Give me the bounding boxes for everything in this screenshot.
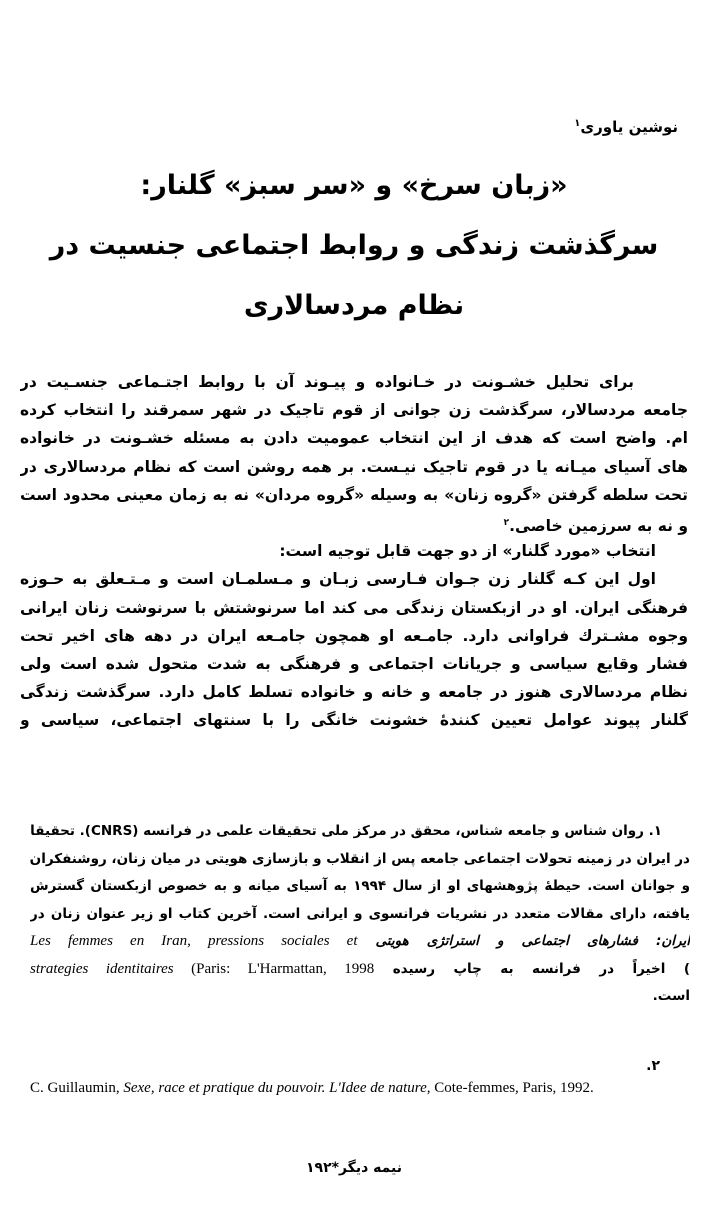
body-line: ام. واضح است که هدف از این انتخاب عمومیت…: [20, 424, 688, 452]
footnote-1-line: و جوانان است. حیطهٔ پژوهشهای او از سال ۱…: [30, 873, 690, 901]
body-line: فشار وقایع سیاسی و جریانات اجتماعی و فره…: [20, 650, 688, 678]
footnote-1-line: ۱. روان شناس و جامعه شناس، محقق در مرکز …: [30, 818, 690, 846]
author-name: نوشین یاوری۱: [574, 118, 678, 136]
footnote-1-line: ) اخیراً در فرانسه به چاپ رسیده strategi…: [30, 956, 690, 984]
footnote-2-title: Sexe, race et pratique du pouvoir. L'Ide…: [123, 1080, 430, 1096]
author-name-text: نوشین یاوری: [580, 118, 678, 136]
article-title: «زبان سرخ» و «سر سبز» گلنار: سرگذشت زندگ…: [40, 162, 668, 342]
document-page: نوشین یاوری۱ «زبان سرخ» و «سر سبز» گلنار…: [0, 0, 708, 1208]
footnote-1-line: است.: [30, 983, 690, 1011]
body-text: برای تحلیل خشـونت در خـانواده و پیـوند آ…: [20, 368, 688, 734]
body-line: انتخاب «مورد گلنار» از دو جهت قابل توجیه…: [20, 537, 688, 565]
page-footer: نیمه دیگر*۱۹۲: [0, 1160, 708, 1176]
body-line: برای تحلیل خشـونت در خـانواده و پیـوند آ…: [20, 368, 688, 396]
body-line-text: و نه به سرزمین خاصی.: [509, 517, 688, 535]
footnote-1-persian-note: ) اخیراً در فرانسه به چاپ رسیده: [393, 961, 690, 977]
footnote-2-number: ۲.: [646, 1058, 660, 1074]
title-line-1: «زبان سرخ» و «سر سبز» گلنار:: [40, 162, 668, 222]
footnote-2-reference: C. Guillaumin, Sexe, race et pratique du…: [30, 1078, 670, 1098]
footnote-2-publisher: Cote-femmes, Paris, 1992.: [431, 1080, 594, 1096]
body-line: وجوه مشـترك فراوانی دارد. جامـعه او همچو…: [20, 622, 688, 650]
footnotes: ۱. روان شناس و جامعه شناس، محقق در مرکز …: [30, 818, 690, 1011]
body-line: های آسیای میـانه یا در قوم تاجیک نیـست. …: [20, 453, 688, 481]
footnote-1-french-title-italic: strategies identitaires: [30, 961, 174, 977]
footnote-1-line: ایران: فشارهای اجتماعی و استراتژی هویتی …: [30, 928, 690, 956]
title-line-2: سرگذشت زندگی و روابط اجتماعی جنسیت در: [40, 222, 668, 282]
footnote-1-publisher: (Paris: L'Harmattan, 1998: [191, 961, 374, 977]
body-line: جامعه مردسالار، سرگذشت زن جوانی از قوم ت…: [20, 396, 688, 424]
footnote-1-persian-book-title: ایران: فشارهای اجتماعی و استراتژی هویتی: [376, 933, 690, 949]
footnote-1-french-book-title: Les femmes en Iran, pressions sociales e…: [30, 933, 357, 949]
body-line: نظام مردسالاری هنوز در جامعه و خانه و خا…: [20, 678, 688, 706]
footnote-2-author: C. Guillaumin,: [30, 1080, 123, 1096]
footnote-1-line: یافته، دارای مقالات متعدد در نشریات فران…: [30, 901, 690, 929]
body-line: گلنار پیوند عوامل تعیین کنندهٔ خشونت خان…: [20, 706, 688, 734]
title-line-3: نظام مردسالاری: [40, 282, 668, 342]
body-line: فرهنگی ایران. او در ازبکستان زندگی می کن…: [20, 594, 688, 622]
body-line: و نه به سرزمین خاصی.۲: [20, 509, 688, 537]
body-line: تحت سلطه گرفتن «گروه زنان» به وسیله «گرو…: [20, 481, 688, 509]
footnote-1-line: در ایران در زمینه تحولات اجتماعی جامعه پ…: [30, 846, 690, 874]
body-line: اول این کـه گلنار زن جـوان فـارسی زبـان …: [20, 565, 688, 593]
footnote-1-french-title-cont: strategies identitaires (Paris: L'Harmat…: [30, 961, 374, 977]
